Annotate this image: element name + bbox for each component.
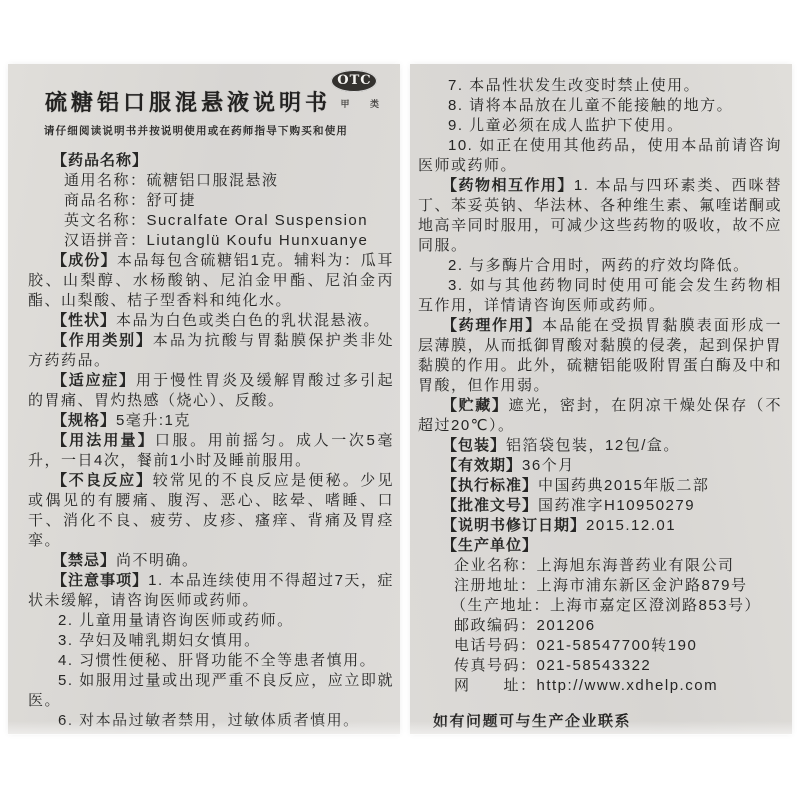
precaution-item-7: 7. 本品性状发生改变时禁止使用。: [418, 76, 782, 96]
contact-note: 如有问题可与生产企业联系: [418, 712, 782, 732]
section-head-label: 【说明书修订日期】: [442, 517, 586, 534]
precaution-item-9: 9. 儿童必须在成人监护下使用。: [418, 116, 782, 136]
section-drug-name: 【药品名称】: [28, 151, 394, 171]
interaction-item-2: 2. 与多酶片合用时，两药的疗效均降低。: [418, 256, 782, 276]
section-adverse-reactions: 【不良反应】较常见的不良反应是便秘。少见或偶见的有腰痛、腹泻、恶心、眩晕、嗜睡、…: [28, 471, 394, 551]
section-head-label: 【执行标准】: [442, 477, 538, 494]
section-description: 【性状】本品为白色或类白色的乳状混悬液。: [28, 311, 394, 331]
otc-class-label: 甲 类: [331, 94, 388, 114]
right-column-paragraphs: 7. 本品性状发生改变时禁止使用。8. 请将本品放在儿童不能接触的地方。9. 儿…: [418, 76, 782, 696]
section-head-label: 【药理作用】: [442, 317, 542, 334]
section-head-label: 【作用类别】: [52, 332, 153, 349]
trade-name-line: 商品名称：舒可捷: [28, 191, 394, 211]
section-head-label: 【贮藏】: [442, 397, 509, 414]
section-drug-interactions: 【药物相互作用】1. 本品与四环素类、西咪替丁、苯妥英钠、华法林、各种维生素、氟…: [418, 176, 782, 256]
section-head-label: 【禁忌】: [52, 552, 116, 569]
precaution-item-5: 5. 如服用过量或出现严重不良反应，应立即就医。: [28, 671, 394, 711]
section-packaging: 【包装】铝箔袋包装，12包/盒。: [418, 436, 782, 456]
section-strength: 【规格】5毫升:1克: [28, 411, 394, 431]
interaction-item-3: 3. 如与其他药物同时使用可能会发生药物相互作用，详情请咨询医师或药师。: [418, 276, 782, 316]
section-head-label: 【注意事项】: [52, 572, 148, 589]
section-dosage: 【用法用量】口服。用前摇匀。成人一次5毫升，一日4次，餐前1小时及睡前服用。: [28, 431, 394, 471]
section-head-label: 【成份】: [52, 252, 117, 269]
section-head-label: 【批准文号】: [442, 497, 538, 514]
company-name-line: 企业名称：上海旭东海普药业有限公司: [418, 556, 782, 576]
section-pharmacology: 【药理作用】本品能在受损胃黏膜表面形成一层薄膜，从而抵御胃酸对黏膜的侵袭，起到保…: [418, 316, 782, 396]
section-category: 【作用类别】本品为抗酸与胃黏膜保护类非处方药药品。: [28, 331, 394, 371]
section-shelf-life: 【有效期】36个月: [418, 456, 782, 476]
precaution-item-8: 8. 请将本品放在儿童不能接触的地方。: [418, 96, 782, 116]
section-indications: 【适应症】用于慢性胃炎及缓解胃酸过多引起的胃痛、胃灼热感（烧心）、反酸。: [28, 371, 394, 411]
otc-oval-icon: OTC: [331, 70, 377, 92]
section-head-label: 【适应症】: [52, 372, 136, 389]
left-column-paragraphs: 【药品名称】通用名称：硫糖铝口服混悬液商品名称：舒可捷英文名称：Sucralfa…: [28, 151, 394, 731]
phone-line: 电话号码：021-58547700转190: [418, 636, 782, 656]
section-head-label: 【规格】: [52, 412, 116, 429]
section-head-label: 【性状】: [52, 312, 116, 329]
leaflet-page-left: OTC 甲 类 硫糖铝口服混悬液说明书 请仔细阅读说明书并按说明使用或在药师指导…: [8, 64, 400, 734]
section-head-label: 【药品名称】: [52, 152, 148, 169]
section-head-label: 【药物相互作用】: [442, 177, 574, 194]
precaution-item-3: 3. 孕妇及哺乳期妇女慎用。: [28, 631, 394, 651]
section-head-label: 【不良反应】: [52, 472, 153, 489]
leaflet-page-right: 7. 本品性状发生改变时禁止使用。8. 请将本品放在儿童不能接触的地方。9. 儿…: [410, 64, 792, 734]
document-subtitle: 请仔细阅读说明书并按说明使用或在药师指导下购买和使用: [28, 124, 364, 139]
website-line: 网 址：http://www.xdhelp.com: [418, 676, 782, 696]
section-contraindications: 【禁忌】尚不明确。: [28, 551, 394, 571]
document-title: 硫糖铝口服混悬液说明书: [28, 88, 348, 118]
section-ingredients: 【成份】本品每包含硫糖铝1克。辅料为：瓜耳胶、山梨醇、水杨酸钠、尼泊金甲酯、尼泊…: [28, 251, 394, 311]
precaution-item-6: 6. 对本品过敏者禁用，过敏体质者慎用。: [28, 711, 394, 731]
precaution-item-4: 4. 习惯性便秘、肝肾功能不全等患者慎用。: [28, 651, 394, 671]
leaflet-photo: OTC 甲 类 硫糖铝口服混悬液说明书 请仔细阅读说明书并按说明使用或在药师指导…: [0, 0, 800, 800]
section-precautions: 【注意事项】1. 本品连续使用不得超过7天，症状未缓解，请咨询医师或药师。: [28, 571, 394, 611]
precaution-item-10: 10. 如正在使用其他药品，使用本品前请咨询医师或药师。: [418, 136, 782, 176]
generic-name-line: 通用名称：硫糖铝口服混悬液: [28, 171, 394, 191]
production-address-line: （生产地址：上海市嘉定区澄浏路853号）: [418, 596, 782, 616]
section-revision-date: 【说明书修订日期】2015.12.01: [418, 516, 782, 536]
section-manufacturer: 【生产单位】: [418, 536, 782, 556]
section-storage: 【贮藏】遮光，密封，在阴凉干燥处保存（不超过20℃）。: [418, 396, 782, 436]
section-standard: 【执行标准】中国药典2015年版二部: [418, 476, 782, 496]
otc-badge: OTC 甲 类: [331, 70, 388, 114]
precaution-item-2: 2. 儿童用量请咨询医师或药师。: [28, 611, 394, 631]
leaflet-sheet: OTC 甲 类 硫糖铝口服混悬液说明书 请仔细阅读说明书并按说明使用或在药师指导…: [8, 64, 792, 734]
postal-code-line: 邮政编码：201206: [418, 616, 782, 636]
pinyin-name-line: 汉语拼音：Liutanglü Koufu Hunxuanye: [28, 231, 394, 251]
registered-address-line: 注册地址：上海市浦东新区金沪路879号: [418, 576, 782, 596]
fax-line: 传真号码：021-58543322: [418, 656, 782, 676]
section-approval-number: 【批准文号】国药准字H10950279: [418, 496, 782, 516]
english-name-line: 英文名称：Sucralfate Oral Suspension: [28, 211, 394, 231]
section-head-label: 【用法用量】: [52, 432, 155, 449]
section-head-label: 【有效期】: [442, 457, 522, 474]
section-head-label: 【包装】: [442, 437, 506, 454]
section-head-label: 【生产单位】: [442, 537, 538, 554]
